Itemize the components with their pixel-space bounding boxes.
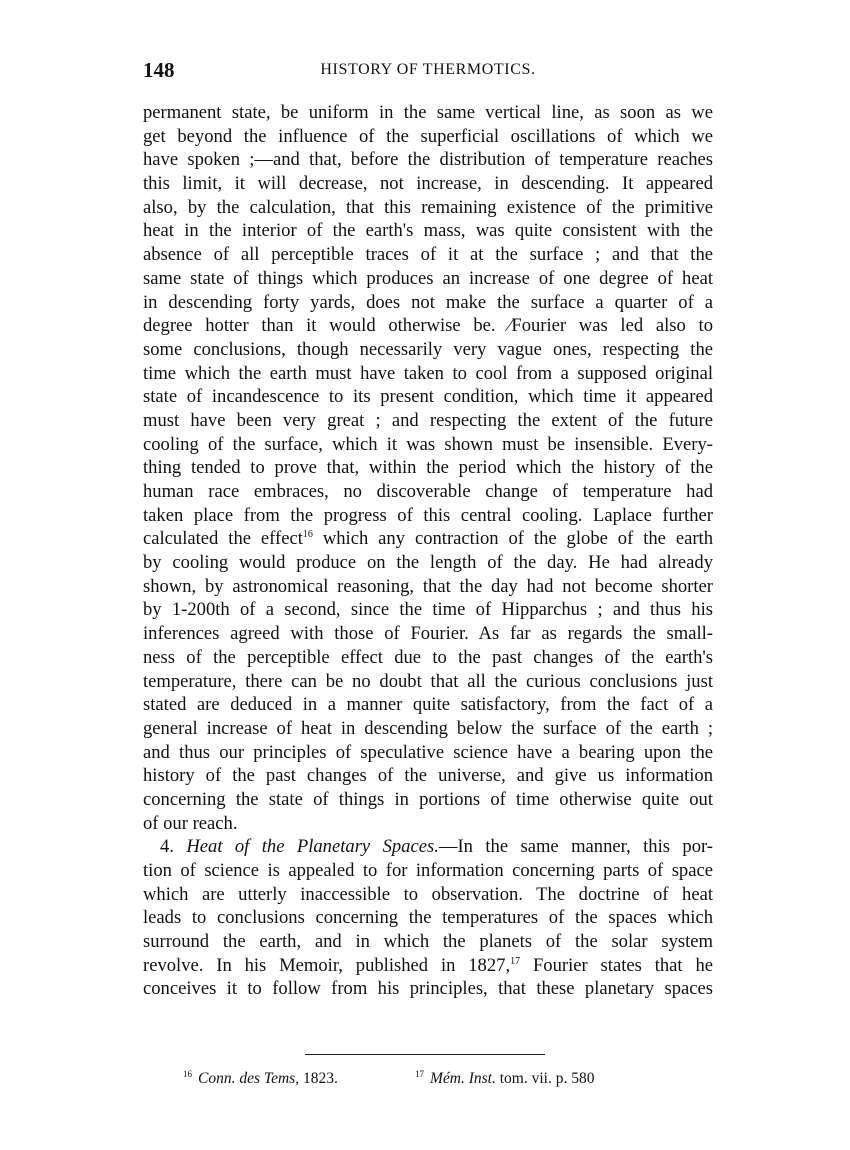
text-segment: Fourier states that he xyxy=(520,955,713,976)
text-line: and thus our principles of speculative s… xyxy=(143,741,713,765)
text-segment: which any contraction of the globe of th… xyxy=(313,528,713,549)
text-line: must have been very great ; and respecti… xyxy=(143,409,713,433)
text-line: history of the past changes of the unive… xyxy=(143,764,713,788)
text-line: temperature, there can be no doubt that … xyxy=(143,670,713,694)
running-title: HISTORY OF THERMOTICS. xyxy=(143,61,713,79)
text-line: cooling of the surface, which it was sho… xyxy=(143,433,713,457)
text-line: surround the earth, and in which the pla… xyxy=(143,930,713,954)
text-line: heat in the interior of the earth's mass… xyxy=(143,219,713,243)
text-segment: —In the same manner, this por- xyxy=(439,836,713,857)
page-header: 148 HISTORY OF THERMOTICS. xyxy=(143,58,713,86)
text-line: same state of things which produces an i… xyxy=(143,267,713,291)
text-line: inferences agreed with those of Fourier.… xyxy=(143,622,713,646)
text-line: by cooling would produce on the length o… xyxy=(143,551,713,575)
footnote-number: 17 xyxy=(415,1069,424,1079)
text-line: in descending forty yards, does not make… xyxy=(143,291,713,315)
text-line: shown, by astronomical reasoning, that t… xyxy=(143,575,713,599)
footnote-text: tom. vii. p. 580 xyxy=(496,1070,595,1087)
text-line: ness of the perceptible effect due to th… xyxy=(143,646,713,670)
body-text: permanent state, be uniform in the same … xyxy=(143,101,713,1001)
book-page: 148 HISTORY OF THERMOTICS. permanent sta… xyxy=(0,0,850,1150)
text-line: this limit, it will decrease, not increa… xyxy=(143,172,713,196)
footnote-16: 16Conn. des Tems, 1823. xyxy=(183,1070,338,1088)
text-line: taken place from the progress of this ce… xyxy=(143,504,713,528)
text-line: also, by the calculation, that this rema… xyxy=(143,196,713,220)
text-line: permanent state, be uniform in the same … xyxy=(143,101,713,125)
text-line: of our reach. xyxy=(143,812,713,836)
footnote-divider xyxy=(305,1054,545,1055)
section-number: 4. xyxy=(160,836,186,857)
text-segment: calculated the effect xyxy=(143,528,303,549)
footnotes: 16Conn. des Tems, 1823. 17Mém. Inst. tom… xyxy=(183,1070,683,1092)
text-line: concerning the state of things in portio… xyxy=(143,788,713,812)
text-line-with-footnote-ref: revolve. In his Memoir, published in 182… xyxy=(143,954,713,978)
text-line: state of incandescence to its present co… xyxy=(143,385,713,409)
footnote-source: Mém. Inst. xyxy=(430,1070,496,1087)
text-line: stated are deduced in a manner quite sat… xyxy=(143,693,713,717)
text-line-with-footnote-ref: calculated the effect16 which any contra… xyxy=(143,527,713,551)
text-line: tion of science is appealed to for infor… xyxy=(143,859,713,883)
text-line: get beyond the influence of the superfic… xyxy=(143,125,713,149)
text-line: some conclusions, though necessarily ver… xyxy=(143,338,713,362)
text-line: general increase of heat in descending b… xyxy=(143,717,713,741)
text-line: time which the earth must have taken to … xyxy=(143,362,713,386)
text-line: conceives it to follow from his principl… xyxy=(143,977,713,1001)
text-line: which are utterly inaccessible to observ… xyxy=(143,883,713,907)
footnote-ref-16[interactable]: 16 xyxy=(303,529,313,540)
text-line: absence of all perceptible traces of it … xyxy=(143,243,713,267)
footnote-source: Conn. des Tems, xyxy=(198,1070,299,1087)
text-line: human race embraces, no discoverable cha… xyxy=(143,480,713,504)
footnote-text: 1823. xyxy=(299,1070,338,1087)
text-line: have spoken ;—and that, before the distr… xyxy=(143,148,713,172)
footnote-ref-17[interactable]: 17 xyxy=(510,956,520,967)
text-segment: revolve. In his Memoir, published in 182… xyxy=(143,955,510,976)
footnote-number: 16 xyxy=(183,1069,192,1079)
section-title: Heat of the Planetary Spaces. xyxy=(186,836,439,857)
text-line: leads to conclusions concerning the temp… xyxy=(143,906,713,930)
text-line: thing tended to prove that, within the p… xyxy=(143,456,713,480)
text-line: by 1-200th of a second, since the time o… xyxy=(143,598,713,622)
text-line: degree hotter than it would otherwise be… xyxy=(143,314,713,338)
footnote-17: 17Mém. Inst. tom. vii. p. 580 xyxy=(415,1070,594,1088)
section-heading-line: 4. Heat of the Planetary Spaces.—In the … xyxy=(143,835,713,859)
